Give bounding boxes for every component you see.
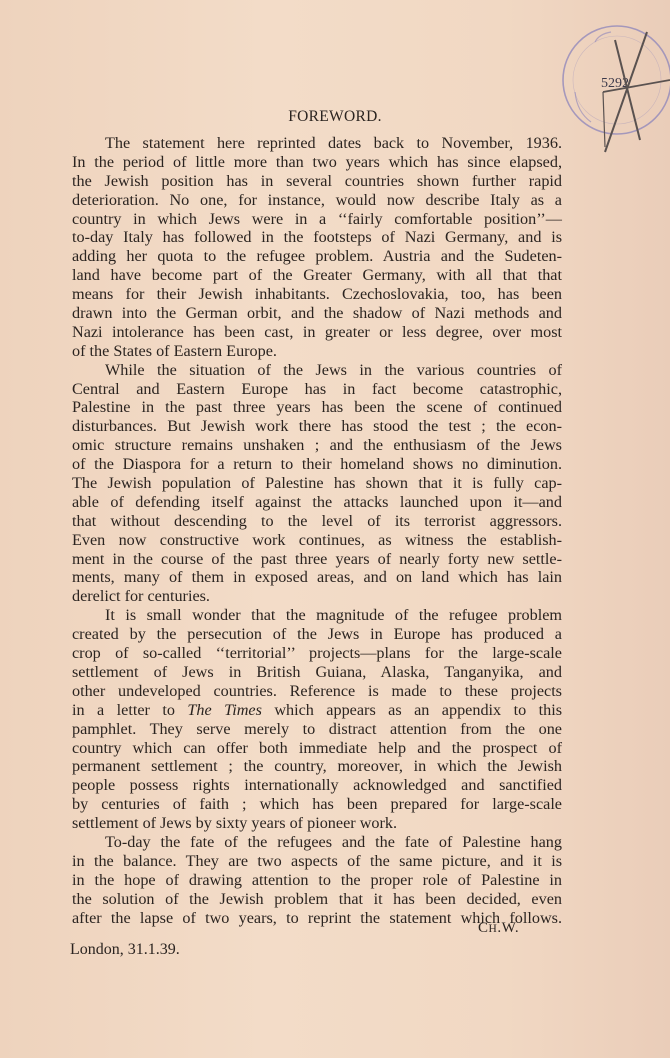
text-line: In the period of little more than two ye… <box>72 153 562 172</box>
text-line: drawn into the German orbit, and the sha… <box>72 304 562 323</box>
text-line: While the situation of the Jews in the v… <box>72 361 562 380</box>
text-line: permanent settlement ; the country, more… <box>72 757 562 776</box>
text-line: The Jewish population of Palestine has s… <box>72 474 562 493</box>
foreword-body: The statement here reprinted dates back … <box>72 134 562 927</box>
paragraph-3: It is small wonder that the magnitude of… <box>72 606 562 833</box>
text-line: Central and Eastern Europe has in fact b… <box>72 380 562 399</box>
text-line: omic structure remains unshaken ; and th… <box>72 436 562 455</box>
text-fragment: in a letter to <box>72 701 175 719</box>
text-line: deterioration. No one, for instance, wou… <box>72 191 562 210</box>
text-line: Even now constructive work continues, as… <box>72 531 562 550</box>
paragraph-4: To-day the fate of the refugees and the … <box>72 833 562 927</box>
signature: CH.W. <box>478 920 519 937</box>
text-line: that without descending to the level of … <box>72 512 562 531</box>
text-line: The statement here reprinted dates back … <box>72 134 562 153</box>
text-line: the Jewish position has in several count… <box>72 172 562 191</box>
text-fragment: which appears as an appendix to this <box>274 701 562 719</box>
text-line: country in which Jews were in a ‘‘fairly… <box>72 210 562 229</box>
text-line: by centuries of faith ; which has been p… <box>72 795 562 814</box>
newspaper-title: The Times <box>187 701 262 719</box>
text-line: ment in the course of the past three yea… <box>72 550 562 569</box>
text-line: settlement of Jews in British Guiana, Al… <box>72 663 562 682</box>
text-line: land have become part of the Greater Ger… <box>72 266 562 285</box>
paragraph-2: While the situation of the Jews in the v… <box>72 361 562 607</box>
text-line: pamphlet. They serve merely to distract … <box>72 720 562 739</box>
text-line: people possess rights internationally ac… <box>72 776 562 795</box>
text-line: to-day Italy has followed in the footste… <box>72 228 562 247</box>
text-line: able of defending itself against the att… <box>72 493 562 512</box>
text-line-with-italic: in a letter to The Times which appears a… <box>72 701 562 720</box>
text-line: It is small wonder that the magnitude of… <box>72 606 562 625</box>
paragraph-1: The statement here reprinted dates back … <box>72 134 562 361</box>
text-line: settlement of Jews by sixty years of pio… <box>72 814 562 833</box>
text-line: of the Diaspora for a return to their ho… <box>72 455 562 474</box>
dateline: London, 31.1.39. <box>70 941 180 959</box>
text-line: the solution of the Jewish problem that … <box>72 890 562 909</box>
text-line: created by the persecution of the Jews i… <box>72 625 562 644</box>
text-line: country which can offer both immediate h… <box>72 739 562 758</box>
text-line: Nazi intolerance has been cast, in great… <box>72 323 562 342</box>
scanned-page: 5292 FOREWORD. The statement here reprin… <box>0 0 670 1058</box>
text-line: disturbances. But Jewish work there has … <box>72 417 562 436</box>
page-title: FOREWORD. <box>0 108 670 126</box>
text-line: in the hope of drawing attention to the … <box>72 871 562 890</box>
library-stamp-icon: 5292 <box>555 12 670 162</box>
text-line: means for their Jewish inhabitants. Czec… <box>72 285 562 304</box>
text-line: ments, many of them in exposed areas, an… <box>72 568 562 587</box>
text-line: other undeveloped countries. Reference i… <box>72 682 562 701</box>
text-line: in the balance. They are two aspects of … <box>72 852 562 871</box>
text-line: adding her quota to the refugee problem.… <box>72 247 562 266</box>
text-line: crop of so-called ‘‘territorial’’ projec… <box>72 644 562 663</box>
text-line: of the States of Eastern Europe. <box>72 342 562 361</box>
text-line: derelict for centuries. <box>72 587 562 606</box>
text-line: Palestine in the past three years has be… <box>72 398 562 417</box>
text-line: To-day the fate of the refugees and the … <box>72 833 562 852</box>
